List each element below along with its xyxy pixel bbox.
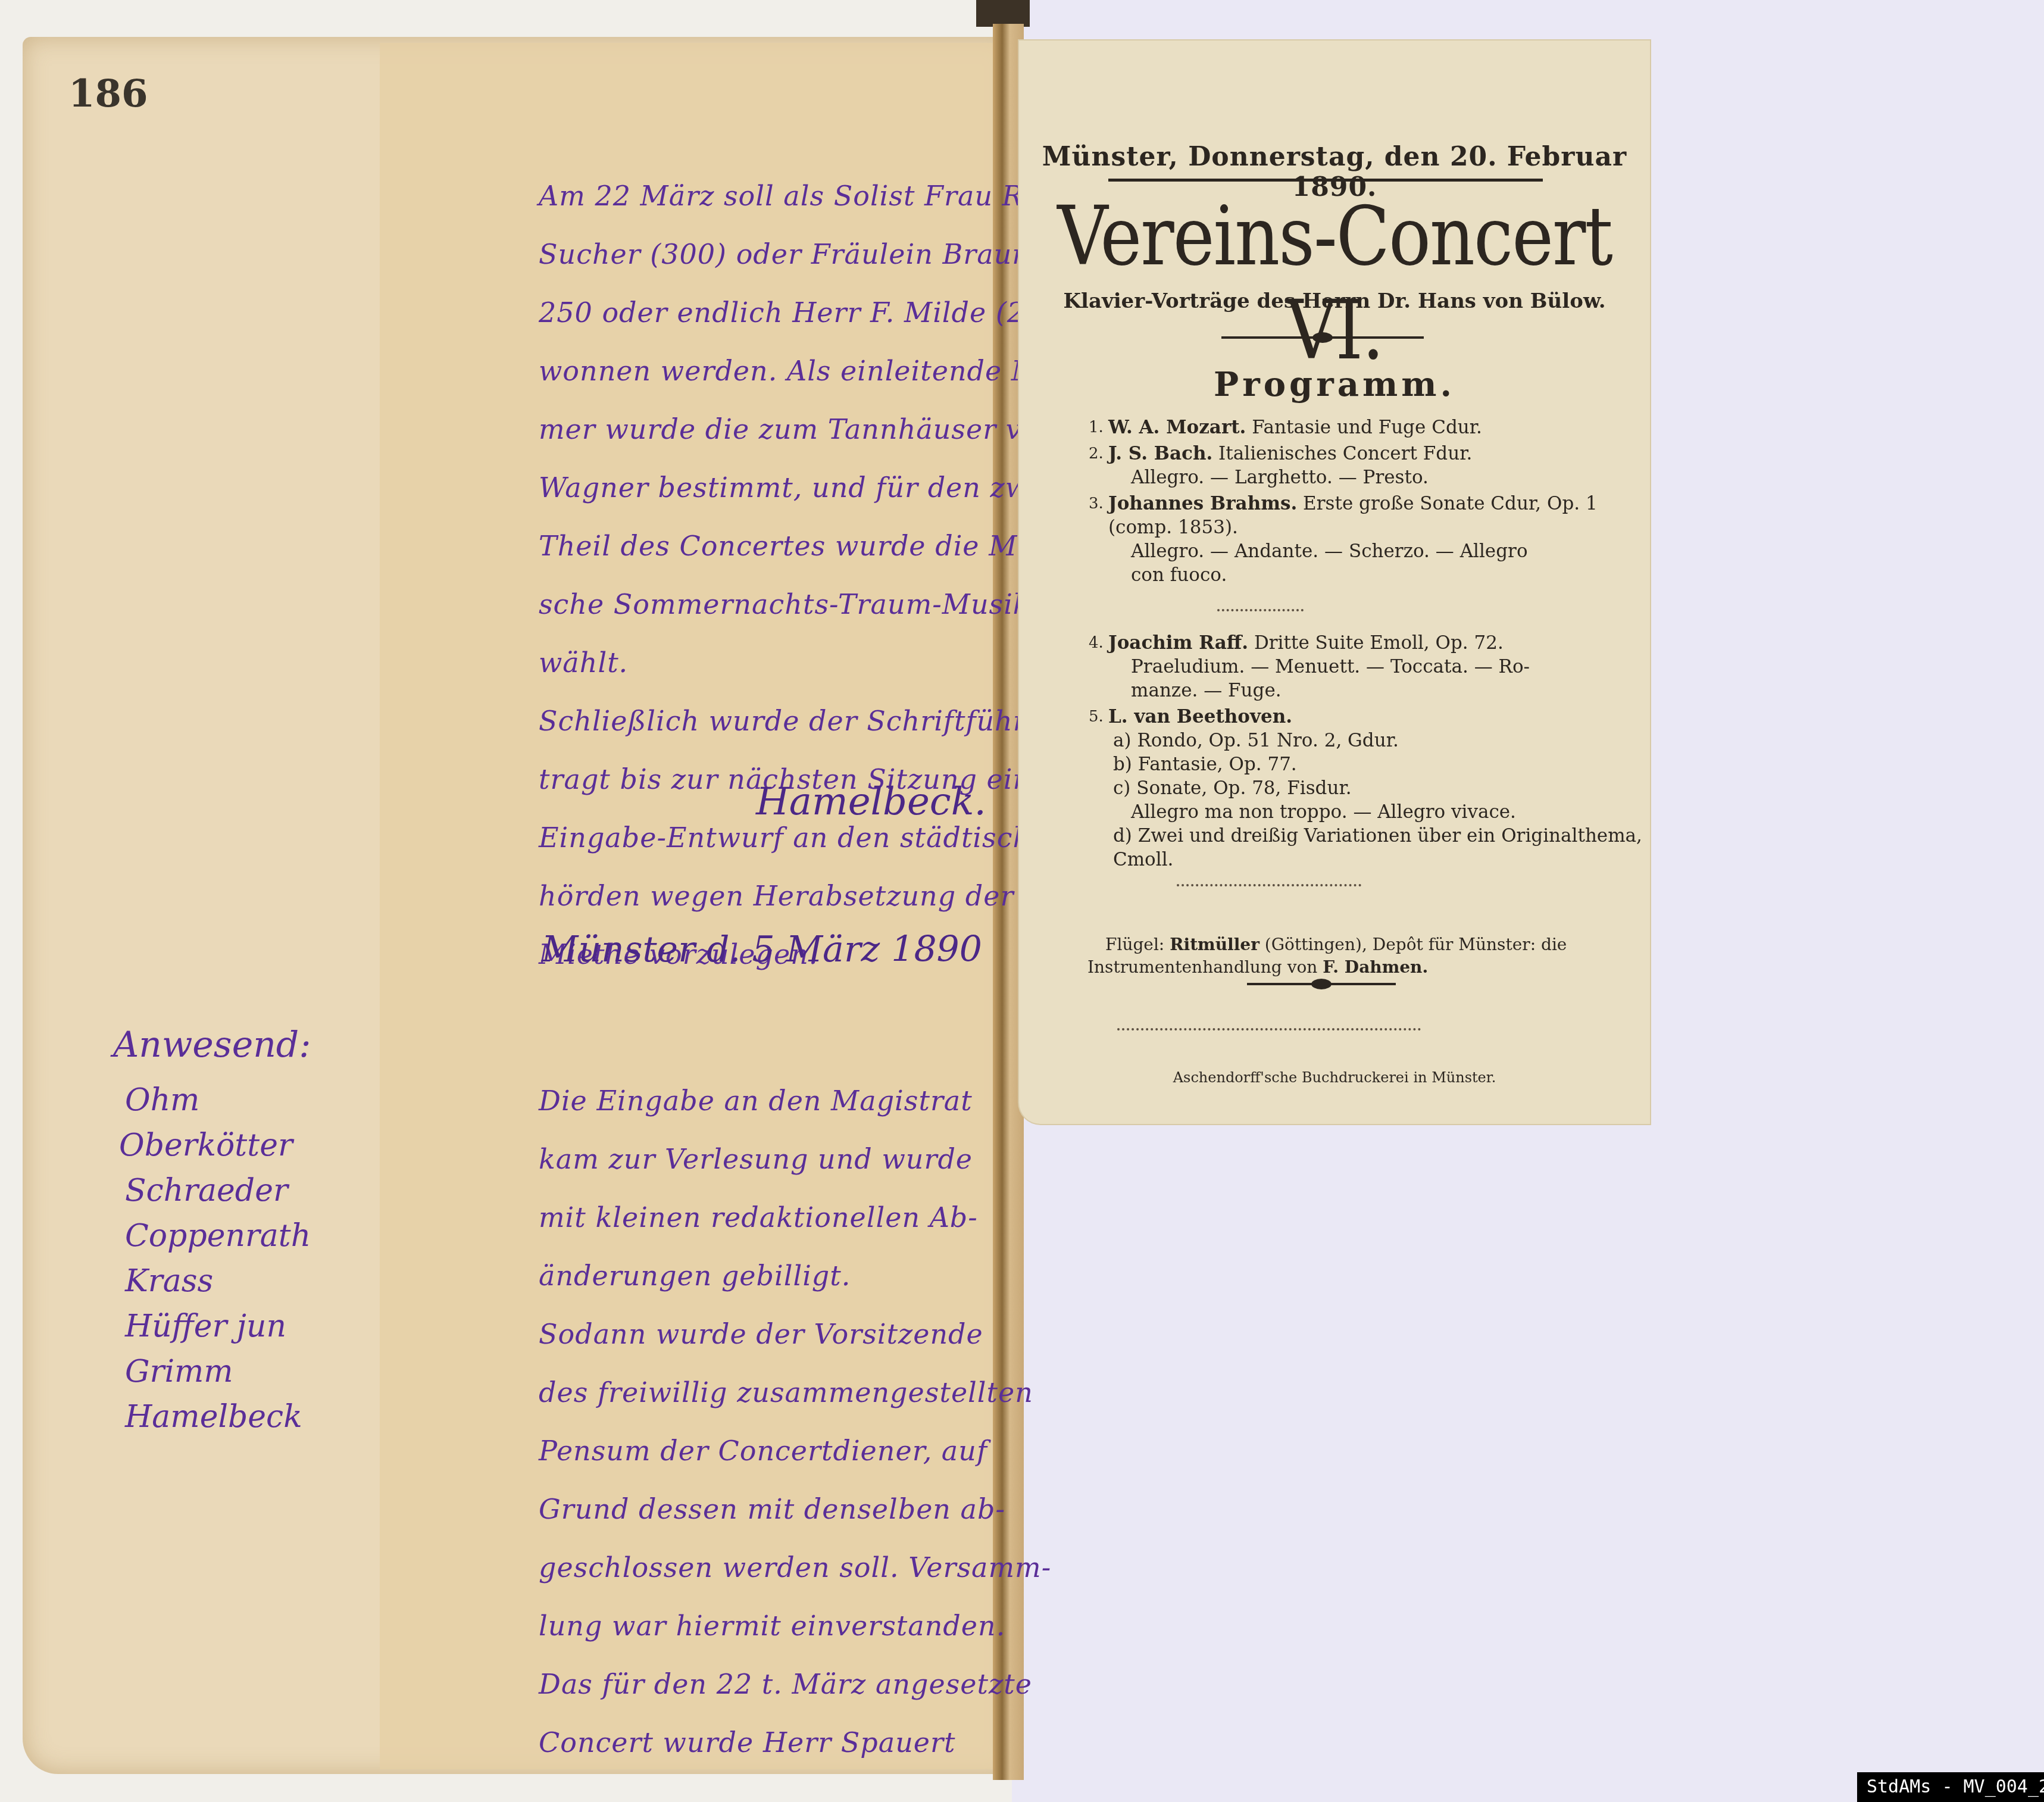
minutes-line: lung war hiermit einverstanden.: [539, 1597, 1051, 1655]
movements-continued: con fuoco.: [1019, 563, 1650, 587]
archive-reference-label: StdAMs - MV_004_247: [1857, 1772, 2044, 1802]
work: Erste große Sonate Cdur, Op. 1: [1303, 493, 1598, 514]
attendee-name: Hüffer jun: [113, 1304, 311, 1349]
composer: W. A. Mozart.: [1108, 417, 1246, 438]
concert-programme-sheet: Münster, Donnerstag, den 20. Februar 189…: [1019, 40, 1650, 1124]
minutes-line: 250 oder endlich Herr F. Milde (250) ge-: [539, 283, 991, 342]
programme-heading: Programm.: [1019, 365, 1650, 404]
item-number: 4.: [1089, 631, 1104, 655]
signature: Hamelbeck.: [756, 780, 986, 824]
minutes-line: Sodann wurde der Vorsitzende: [539, 1305, 1051, 1363]
composer: Joachim Raff.: [1108, 632, 1248, 654]
composer: Johannes Brahms.: [1108, 493, 1297, 514]
attendee-name: Hamelbeck: [113, 1394, 311, 1439]
minutes-line: Grund dessen mit denselben ab-: [539, 1480, 1051, 1538]
minutes-line: des freiwillig zusammengestellten: [539, 1363, 1051, 1422]
minutes-line: mer wurde die zum Tannhäuser v.: [539, 400, 991, 458]
movements-continued: manze. — Fuge.: [1019, 679, 1650, 702]
minutes-line: sche Sommernachts-Traum-Musik ge-: [539, 575, 991, 633]
work-part: d) Zwei und dreißig Variationen über ein…: [1019, 824, 1650, 848]
wavy-divider: [1177, 879, 1361, 886]
minutes-line: Sucher (300) oder Fräulein Brauner: [539, 225, 991, 283]
item-number: 2.: [1089, 442, 1104, 466]
piano-label: Flügel:: [1105, 935, 1164, 954]
minutes-line: Concert wurde Herr Spauert: [539, 1713, 1051, 1772]
work-continued: (comp. 1853).: [1019, 516, 1650, 539]
attendee-name: Grimm: [113, 1349, 311, 1394]
programme-item: 3. Johannes Brahms. Erste große Sonate C…: [1019, 492, 1650, 587]
attendee-name: Schraeder: [113, 1168, 311, 1213]
work: Fantasie und Fuge Cdur.: [1252, 417, 1482, 438]
ornament-divider: [1247, 983, 1396, 985]
movements: Praeludium. — Menuett. — Toccata. — Ro-: [1019, 655, 1650, 679]
work: Italienisches Concert Fdur.: [1218, 443, 1472, 464]
movements: Allegro. — Larghetto. — Presto.: [1019, 466, 1650, 489]
work-part-movements: Allegro ma non troppo. — Allegro vivace.: [1019, 800, 1650, 824]
minutes-line: Die Eingabe an den Magistrat: [539, 1072, 1051, 1130]
minutes-top: Am 22 März soll als Solist Frau Rosa Suc…: [539, 167, 991, 983]
item-number: 5.: [1089, 705, 1104, 729]
attendee-name: Oberkötter: [113, 1123, 311, 1168]
piano-note: Flügel: Ritmüller (Göttingen), Depôt für…: [1087, 933, 1582, 979]
attendee-name: Krass: [113, 1258, 311, 1304]
programme-item: 5. L. van Beethoven. a) Rondo, Op. 51 Nr…: [1019, 705, 1650, 872]
programme-title: Vereins-Concert VI.: [1019, 189, 1650, 377]
attendees-label: Anwesend:: [113, 1012, 311, 1078]
movements: Allegro. — Andante. — Scherzo. — Allegro: [1019, 539, 1650, 563]
minutes-line: Am 22 März soll als Solist Frau Rosa: [539, 167, 991, 225]
minutes-line: Wagner bestimmt, und für den zweit.: [539, 458, 991, 517]
programme-subtitle: Klavier-Vorträge des Herrn Dr. Hans von …: [1019, 289, 1650, 313]
attendee-name: Coppenrath: [113, 1213, 311, 1258]
minutes-line: wählt.: [539, 633, 991, 692]
printer-imprint: Aschendorff'sche Buchdruckerei in Münste…: [1019, 1069, 1650, 1086]
work-part: a) Rondo, Op. 51 Nro. 2, Gdur.: [1019, 729, 1650, 752]
minutes-line: Schließlich wurde der Schriftführer beau…: [539, 692, 991, 750]
piano-maker: Ritmüller: [1170, 935, 1259, 954]
divider-rule: [1108, 179, 1543, 182]
piano-dealer: F. Dahmen.: [1323, 957, 1428, 977]
item-number: 1.: [1089, 416, 1104, 439]
composer: J. S. Bach.: [1108, 443, 1212, 464]
attendee-name: Ohm: [113, 1078, 311, 1123]
minutes-bottom: Die Eingabe an den Magistrat kam zur Ver…: [539, 1072, 1051, 1772]
programme-item: 1. W. A. Mozart. Fantasie und Fuge Cdur.: [1019, 416, 1650, 439]
ornament-divider: [1221, 336, 1424, 339]
item-number: 3.: [1089, 492, 1104, 516]
minutes-line: Theil des Concertes wurde die Mendelssoh…: [539, 517, 991, 575]
composer: L. van Beethoven.: [1108, 706, 1292, 727]
work-part: b) Fantasie, Op. 77.: [1019, 752, 1650, 776]
work-part: c) Sonate, Op. 78, Fisdur.: [1019, 776, 1650, 800]
minutes-line: kam zur Verlesung und wurde: [539, 1130, 1051, 1188]
meeting-date: Münster d. 5 März 1890: [542, 929, 982, 970]
programme-item: 4. Joachim Raff. Dritte Suite Emoll, Op.…: [1019, 631, 1650, 702]
book-spine: [976, 0, 1030, 27]
minutes-line: wonnen werden. Als einleitende Num-: [539, 342, 991, 400]
work-part-continued: Cmoll.: [1019, 848, 1650, 872]
minutes-line: mit kleinen redaktionellen Ab-: [539, 1188, 1051, 1247]
attendees-list: Anwesend: Ohm Oberkötter Schraeder Coppe…: [113, 1012, 311, 1439]
minutes-line: Pensum der Concertdiener, auf: [539, 1422, 1051, 1480]
minutes-line: geschlossen werden soll. Versamm-: [539, 1538, 1051, 1597]
work: Dritte Suite Emoll, Op. 72.: [1254, 632, 1504, 654]
programme-items: 1. W. A. Mozart. Fantasie und Fuge Cdur.…: [1019, 416, 1650, 874]
page-number: 186: [68, 71, 148, 116]
minutes-line: änderungen gebilligt.: [539, 1247, 1051, 1305]
wavy-divider: [1217, 604, 1304, 611]
wavy-divider: [1117, 1023, 1421, 1030]
minutes-line: Das für den 22 t. März angesetzte: [539, 1655, 1051, 1713]
programme-item: 2. J. S. Bach. Italienisches Concert Fdu…: [1019, 442, 1650, 489]
minutes-line: hörden wegen Herabsetzung der Saal-: [539, 867, 991, 925]
